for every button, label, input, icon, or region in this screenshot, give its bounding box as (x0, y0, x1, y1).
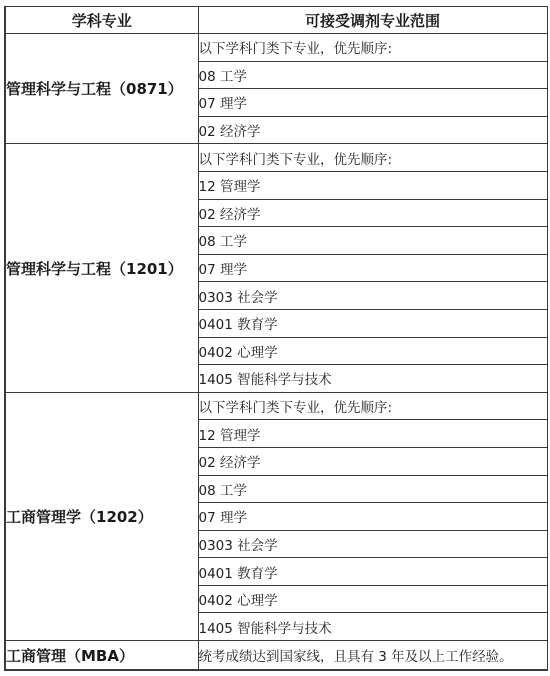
range-cell: 以下学科门类下专业，优先顺序: (198, 144, 547, 172)
range-cell: 07 理学 (198, 254, 547, 282)
range-cell: 1405 智能科学与技术 (198, 365, 547, 393)
range-cell: 以下学科门类下专业，优先顺序: (198, 34, 547, 62)
range-cell: 统考成绩达到国家线，且具有 3 年及以上工作经验。 (198, 641, 547, 671)
table-row: 管理科学与工程（1201） 以下学科门类下专业，优先顺序: (5, 144, 547, 172)
range-cell: 以下学科门类下专业，优先顺序: (198, 392, 547, 420)
range-cell: 0303 社会学 (198, 282, 547, 310)
range-cell: 0401 教育学 (198, 309, 547, 337)
range-cell: 12 管理学 (198, 171, 547, 199)
range-cell: 0401 教育学 (198, 558, 547, 586)
range-cell: 07 理学 (198, 89, 547, 117)
major-cell: 工商管理学（1202） (5, 392, 198, 640)
header-row: 学科专业 可接受调剂专业范围 (5, 7, 547, 34)
table-row: 工商管理（MBA） 统考成绩达到国家线，且具有 3 年及以上工作经验。 (5, 641, 547, 671)
header-major: 学科专业 (5, 7, 198, 34)
table-row: 管理科学与工程（0871） 以下学科门类下专业，优先顺序: (5, 34, 547, 62)
major-cell: 工商管理（MBA） (5, 641, 198, 671)
range-cell: 12 管理学 (198, 420, 547, 448)
range-cell: 02 经济学 (198, 447, 547, 475)
range-cell: 02 经济学 (198, 116, 547, 144)
major-cell: 管理科学与工程（1201） (5, 144, 198, 392)
table-row: 工商管理学（1202） 以下学科门类下专业，优先顺序: (5, 392, 547, 420)
range-cell: 0402 心理学 (198, 585, 547, 613)
major-cell: 管理科学与工程（0871） (5, 34, 198, 144)
range-cell: 08 工学 (198, 475, 547, 503)
header-range: 可接受调剂专业范围 (198, 7, 547, 34)
range-cell: 07 理学 (198, 503, 547, 531)
range-cell: 0303 社会学 (198, 530, 547, 558)
range-cell: 0402 心理学 (198, 337, 547, 365)
range-cell: 08 工学 (198, 61, 547, 89)
adjustment-table: 学科专业 可接受调剂专业范围 管理科学与工程（0871） 以下学科门类下专业，优… (4, 6, 548, 671)
range-cell: 1405 智能科学与技术 (198, 613, 547, 641)
range-cell: 02 经济学 (198, 199, 547, 227)
range-cell: 08 工学 (198, 227, 547, 255)
